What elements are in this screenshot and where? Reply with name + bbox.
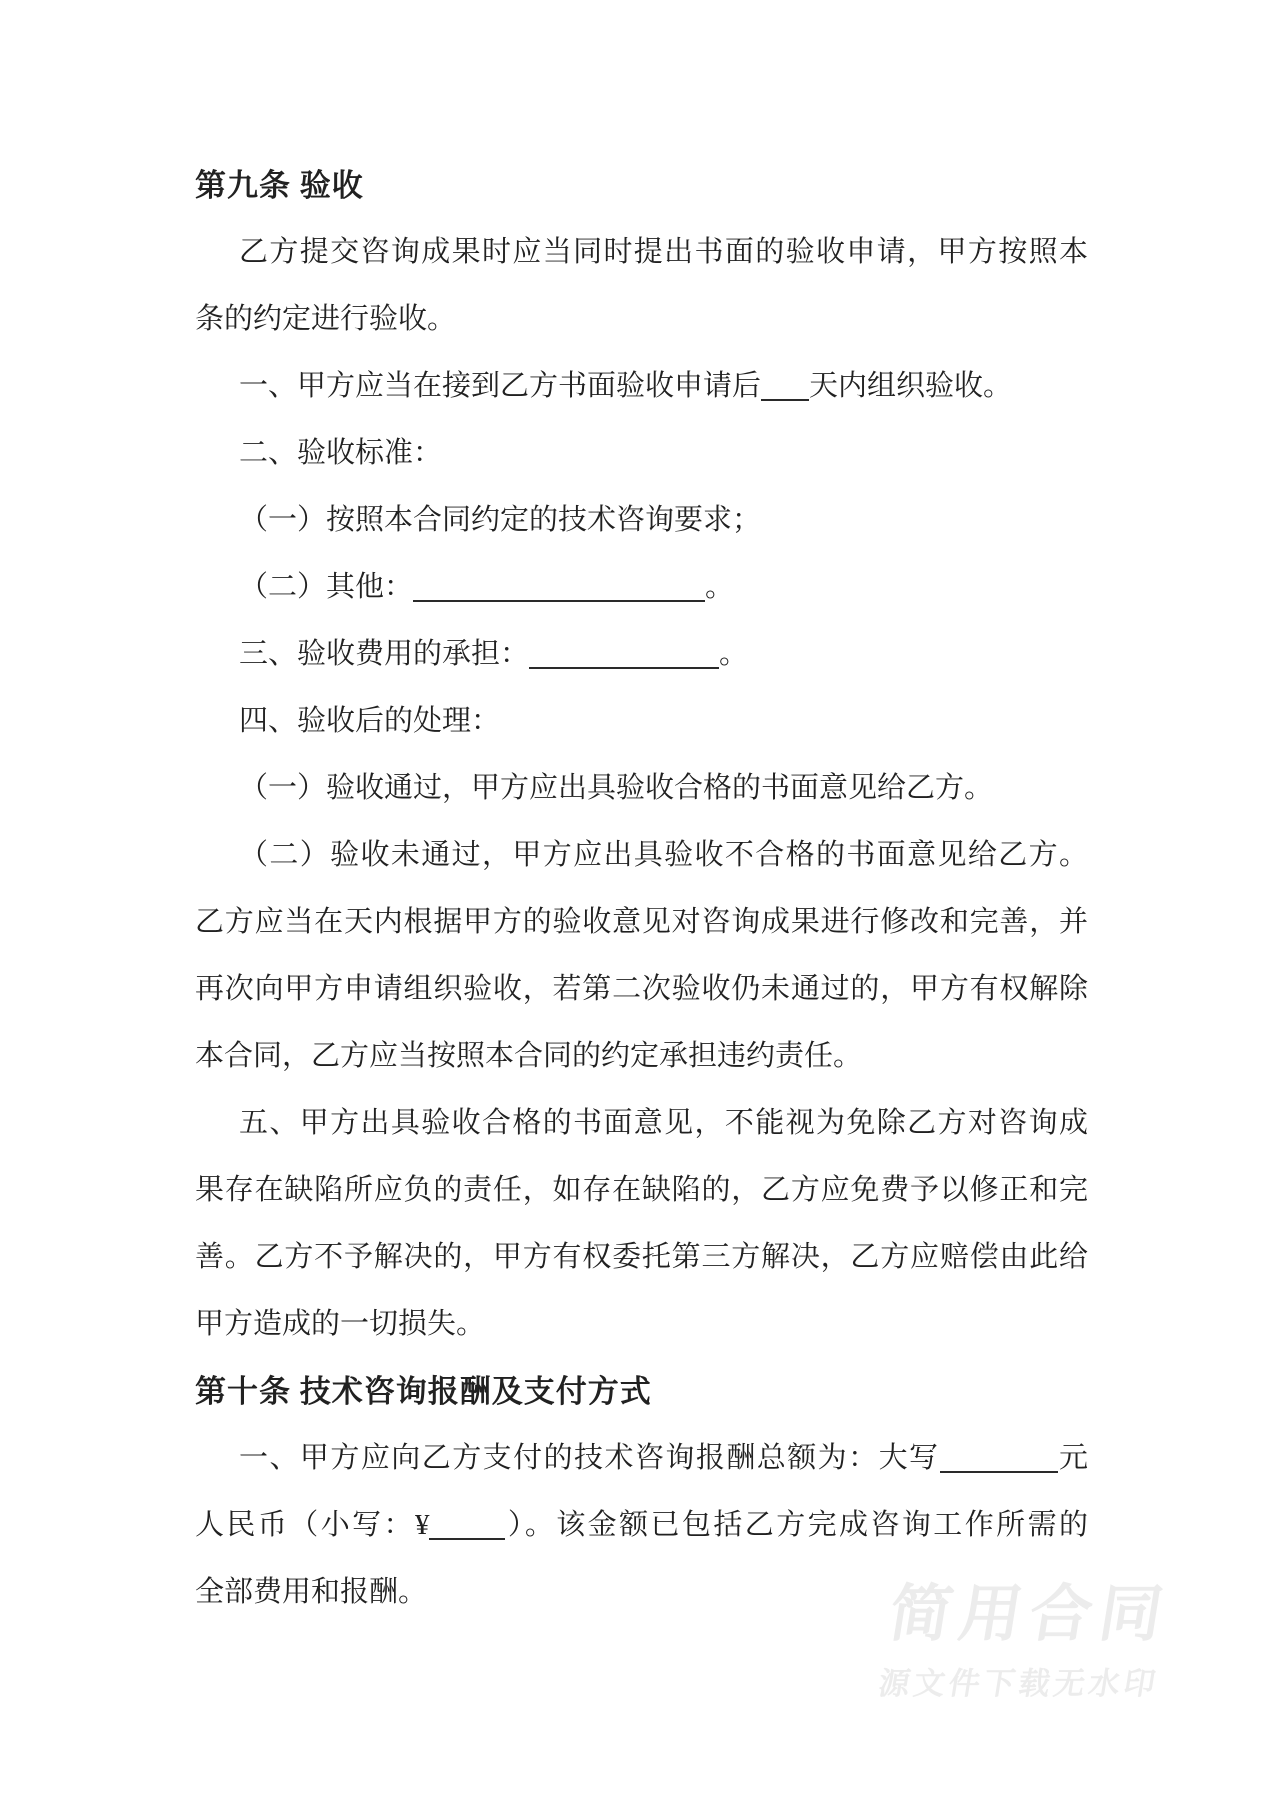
document-line: 乙方提交咨询成果时应当同时提出书面的验收申请，甲方按照本 [195, 219, 1088, 286]
document-line: 乙方应当在天内根据甲方的验收意见对咨询成果进行修改和完善，并 [195, 889, 1088, 956]
blank-underline [940, 1449, 1058, 1473]
clause-heading: 第九条 验收 [195, 152, 1088, 219]
text-segment: 乙方应当在天内根据甲方的验收意见对咨询成果进行修改和完善，并 [195, 906, 1088, 938]
document-line: （二）其他：。 [195, 554, 1088, 621]
contract-document-page: { "page": { "background": "#ffffff", "te… [0, 0, 1280, 1810]
text-segment: （一）按照本合同约定的技术咨询要求； [239, 504, 761, 536]
document-line: （一）验收通过，甲方应出具验收合格的书面意见给乙方。 [195, 755, 1088, 822]
document-line: 二、验收标准： [195, 420, 1088, 487]
blank-underline [413, 578, 705, 602]
text-segment: 全部费用和报酬。 [195, 1576, 427, 1608]
text-segment: 天内组织验收。 [809, 370, 1012, 402]
text-segment: 条的约定进行验收。 [195, 303, 456, 335]
blank-underline [761, 377, 809, 401]
text-segment: 果存在缺陷所应负的责任，如存在缺陷的，乙方应免费予以修正和完 [195, 1174, 1088, 1206]
text-segment: 本合同，乙方应当按照本合同的约定承担违约责任。 [195, 1040, 862, 1072]
text-segment: 元 [1058, 1442, 1088, 1474]
text-segment: 善。乙方不予解决的，甲方有权委托第三方解决，乙方应赔偿由此给 [195, 1241, 1088, 1273]
document-line: 三、验收费用的承担：。 [195, 621, 1088, 688]
watermark-title: 简用合同 [884, 1580, 1175, 1650]
text-segment: 三、验收费用的承担： [239, 638, 529, 670]
text-segment: 一、甲方应当在接到乙方书面验收申请后 [239, 370, 761, 402]
document-line: 善。乙方不予解决的，甲方有权委托第三方解决，乙方应赔偿由此给 [195, 1224, 1088, 1291]
document-line: 甲方造成的一切损失。 [195, 1291, 1088, 1358]
text-segment: 。 [719, 638, 748, 670]
text-segment: 二、验收标准： [239, 437, 442, 469]
text-segment: 人民币（小写：¥ [195, 1509, 429, 1541]
blank-underline [529, 645, 719, 669]
text-segment: 甲方造成的一切损失。 [195, 1308, 485, 1340]
text-segment: 五、甲方出具验收合格的书面意见，不能视为免除乙方对咨询成 [239, 1107, 1088, 1139]
document-line: 一、甲方应向乙方支付的技术咨询报酬总额为：大写元 [195, 1425, 1088, 1492]
document-line: 再次向甲方申请组织验收，若第二次验收仍未通过的，甲方有权解除 [195, 956, 1088, 1023]
text-segment: 四、验收后的处理： [239, 705, 500, 737]
blank-underline [429, 1516, 505, 1540]
text-segment: （二）其他： [239, 571, 413, 603]
text-segment: （一）验收通过，甲方应出具验收合格的书面意见给乙方。 [239, 772, 993, 804]
document-line: 一、甲方应当在接到乙方书面验收申请后天内组织验收。 [195, 353, 1088, 420]
text-segment: 一、甲方应向乙方支付的技术咨询报酬总额为：大写 [239, 1442, 940, 1474]
clause-heading: 第十条 技术咨询报酬及支付方式 [195, 1358, 1088, 1425]
document-line: 本合同，乙方应当按照本合同的约定承担违约责任。 [195, 1023, 1088, 1090]
document-line: 四、验收后的处理： [195, 688, 1088, 755]
watermark-subtitle: 源文件下载无水印 [876, 1666, 1162, 1702]
document-line: （一）按照本合同约定的技术咨询要求； [195, 487, 1088, 554]
text-segment: 再次向甲方申请组织验收，若第二次验收仍未通过的，甲方有权解除 [195, 973, 1088, 1005]
contract-text-block: 第九条 验收乙方提交咨询成果时应当同时提出书面的验收申请，甲方按照本条的约定进行… [195, 152, 1088, 1626]
text-segment: 第十条 技术咨询报酬及支付方式 [195, 1374, 652, 1409]
text-segment: ）。该金额已包括乙方完成咨询工作所需的 [505, 1509, 1088, 1541]
document-line: 条的约定进行验收。 [195, 286, 1088, 353]
document-line: 果存在缺陷所应负的责任，如存在缺陷的，乙方应免费予以修正和完 [195, 1157, 1088, 1224]
text-segment: 乙方提交咨询成果时应当同时提出书面的验收申请，甲方按照本 [239, 236, 1088, 268]
text-segment: 。 [705, 571, 734, 603]
watermark: 简用合同 源文件下载无水印 [876, 1580, 1175, 1702]
document-line: 五、甲方出具验收合格的书面意见，不能视为免除乙方对咨询成 [195, 1090, 1088, 1157]
document-line: （二）验收未通过，甲方应出具验收不合格的书面意见给乙方。 [195, 822, 1088, 889]
text-segment: 第九条 验收 [195, 168, 364, 203]
document-line: 人民币（小写：¥）。该金额已包括乙方完成咨询工作所需的 [195, 1492, 1088, 1559]
text-segment: （二）验收未通过，甲方应出具验收不合格的书面意见给乙方。 [239, 839, 1088, 871]
